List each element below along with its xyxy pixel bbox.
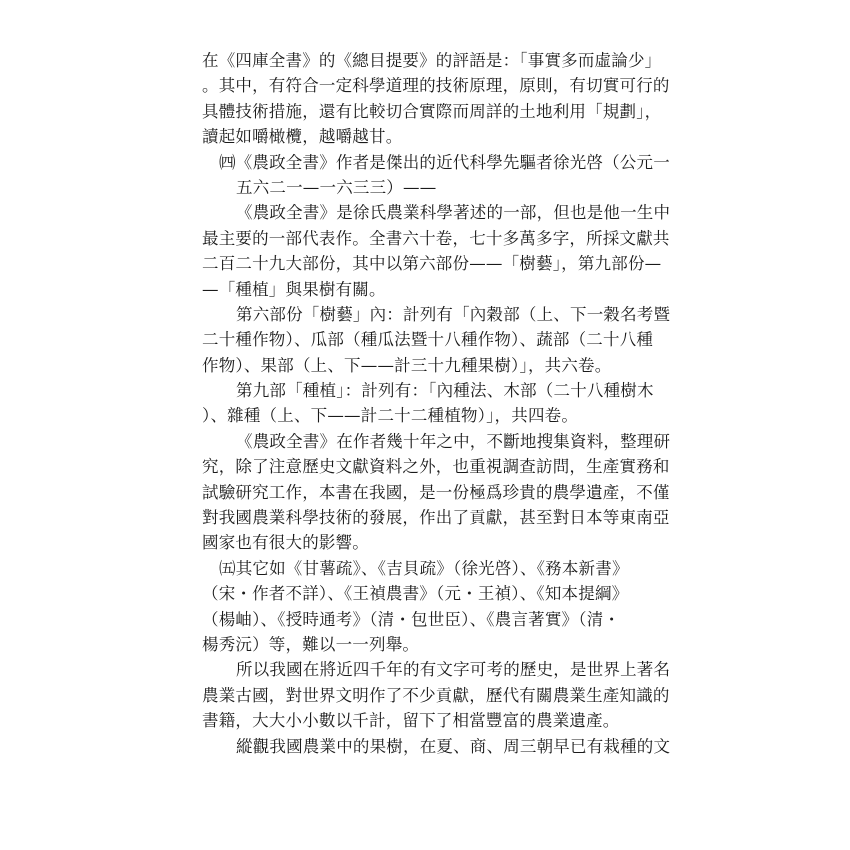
text-line: 國家也有很大的影響。 (202, 530, 652, 555)
text-line: （楊岫）、《授時通考》（清・包世臣）、《農言著實》（清・ (202, 607, 652, 632)
text-line: 楊秀沅）等，難以一一列舉。 (202, 632, 652, 657)
text-line: 究，除了注意歷史文獻資料之外，也重視調查訪問，生產實務和 (202, 454, 652, 479)
text-line: （宋・作者不詳）、《王禎農書》（元・王禎）、《知本提綱》 (202, 581, 652, 606)
document-page: 在《四庫全書》的《總目提要》的評語是：「事實多而虛論少」 。其中，有符合一定科學… (202, 48, 652, 759)
text-line: 作物）、果部（上、下——計三十九種果樹）」，共六卷。 (202, 353, 652, 378)
text-line: 讀起如嚼橄欖，越嚼越甘。 (202, 124, 652, 149)
text-line: 農業古國，對世界文明作了不少貢獻，歷代有關農業生產知識的 (202, 683, 652, 708)
text-line: 二十種作物）、瓜部（種瓜法暨十八種作物）、蔬部（二十八種 (202, 327, 652, 352)
paragraph-start: 《農政全書》在作者幾十年之中，不斷地搜集資料，整理研 (202, 429, 652, 454)
text-line: ）、雜種（上、下——計二十二種植物）」，共四卷。 (202, 403, 652, 428)
text-line: 二百二十九大部份，其中以第六部份——「樹藝」，第九部份— (202, 251, 652, 276)
list-item-heading: ㈣《農政全書》作者是傑出的近代科學先驅者徐光啓（公元一 (202, 150, 652, 175)
text-line: 書籍，大大小小數以千計，留下了相當豐富的農業遺產。 (202, 708, 652, 733)
text-line: 最主要的一部代表作。全書六十卷，七十多萬多字，所採文獻共 (202, 226, 652, 251)
text-line: 試驗研究工作，本書在我國，是一份極爲珍貴的農學遺產，不僅 (202, 480, 652, 505)
text-line: 五六二一—一六三三）—— (202, 175, 652, 200)
text-line: 具體技術措施，還有比較切合實際而周詳的土地利用「規劃」， (202, 99, 652, 124)
text-line: 。其中，有符合一定科學道理的技術原理，原則，有切實可行的 (202, 73, 652, 98)
text-line: 對我國農業科學技術的發展，作出了貢獻，甚至對日本等東南亞 (202, 505, 652, 530)
paragraph-start: 所以我國在將近四千年的有文字可考的歷史，是世界上著名 (202, 657, 652, 682)
paragraph-start: 第六部份「樹藝」內：計列有「內穀部（上、下一穀名考暨 (202, 302, 652, 327)
paragraph-start: 縱觀我國農業中的果樹，在夏、商、周三朝早已有栽種的文 (202, 734, 652, 759)
list-item-heading: ㈤其它如《甘薯疏》、《吉貝疏》（徐光啓）、《務本新書》 (202, 556, 652, 581)
paragraph-start: 第九部「種植」：計列有：「內種法、木部（二十八種樹木 (202, 378, 652, 403)
text-line: —「種植」與果樹有關。 (202, 277, 652, 302)
text-line: 在《四庫全書》的《總目提要》的評語是：「事實多而虛論少」 (202, 48, 652, 73)
paragraph-start: 《農政全書》是徐氏農業科學著述的一部，但也是他一生中 (202, 200, 652, 225)
